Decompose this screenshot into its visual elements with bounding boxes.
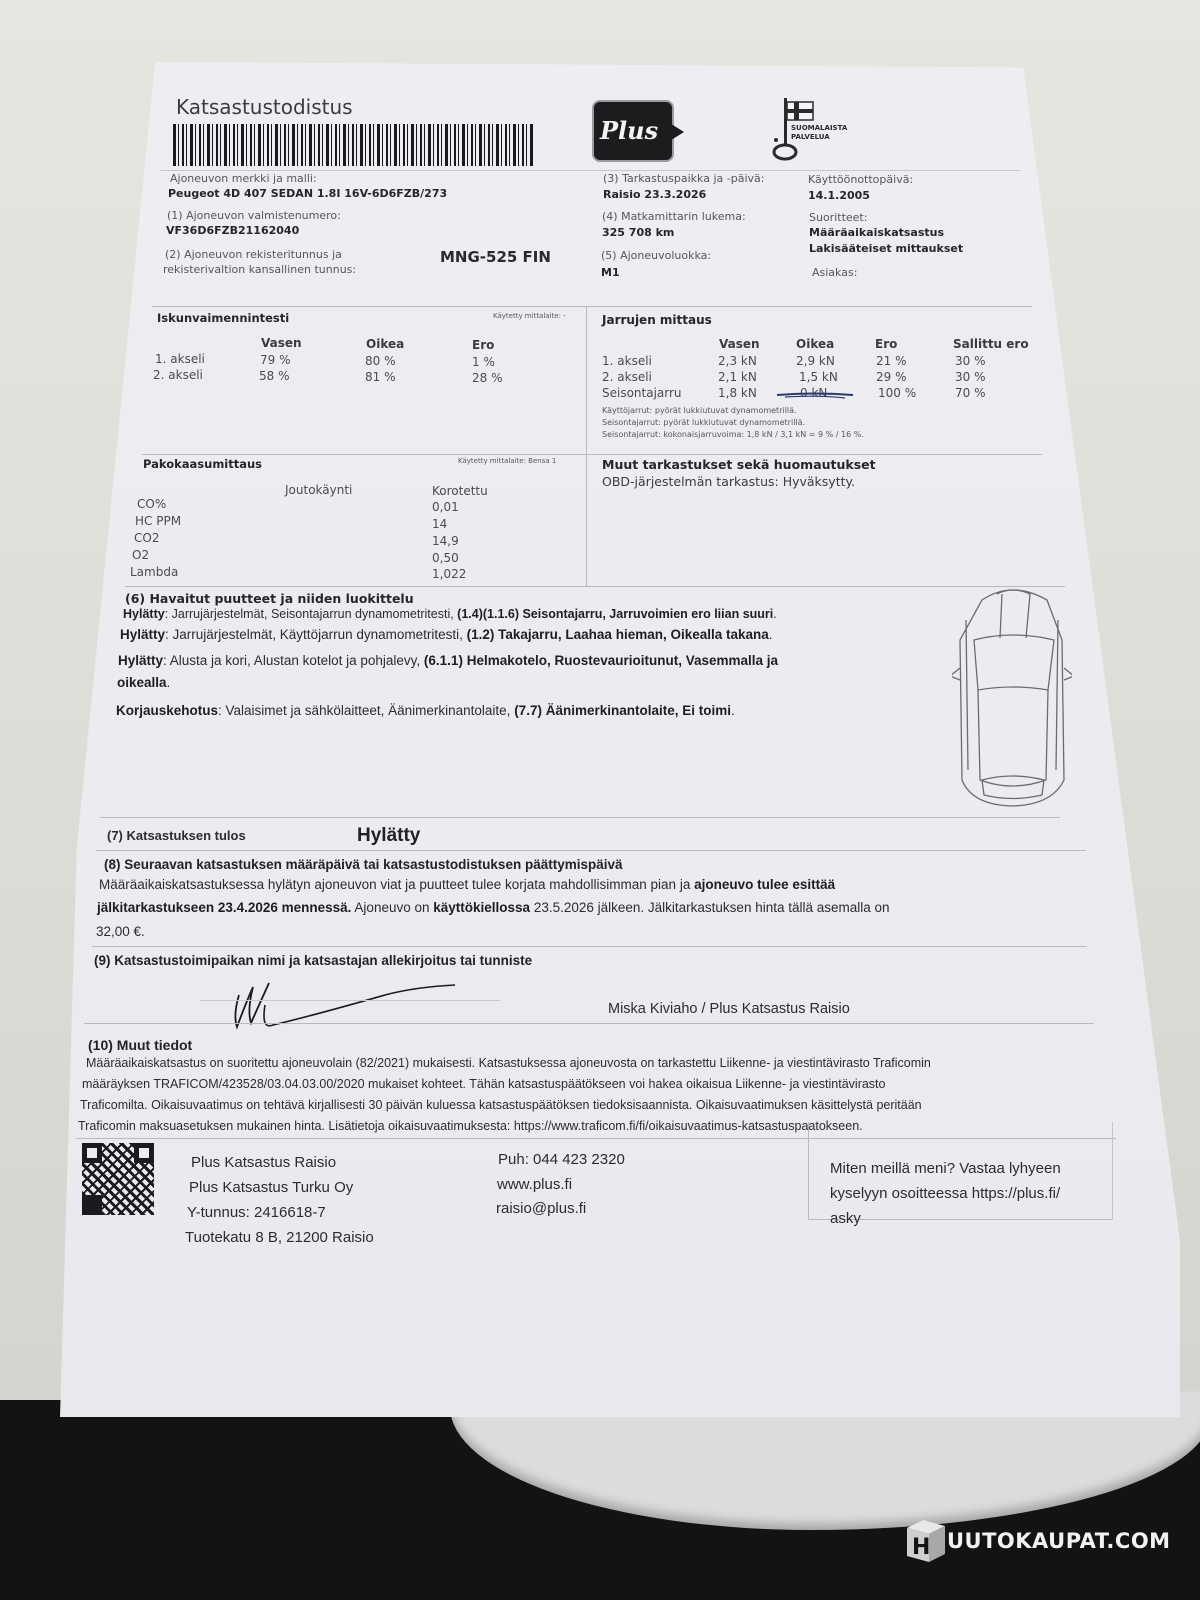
defect-item: Hylätty: Jarrujärjestelmät, Seisontajarr…: [123, 607, 777, 621]
table-cell: 1,5 kN: [799, 370, 838, 384]
vin-label: (1) Ajoneuvon valmistenumero:: [167, 209, 341, 222]
footer-phone[interactable]: Puh: 044 423 2320: [498, 1151, 625, 1168]
other-info-line: Määräaikaiskatsastus on suoritettu ajone…: [86, 1056, 931, 1070]
table-cell: 28 %: [472, 371, 503, 385]
plus-logo: Plus: [592, 100, 674, 162]
table-cell: 79 %: [260, 353, 291, 367]
watermark-text: UUTOKAUPAT.COM: [947, 1529, 1171, 1553]
inspection-certificate: Katsastustodistus Plus SUOMALAISTA PALVE…: [0, 0, 1200, 1600]
table-cell: 80 %: [365, 354, 396, 368]
col-header-diff: Ero: [875, 337, 897, 351]
performed-label: Suoritteet:: [809, 211, 867, 224]
defects-title: (6) Havaitut puutteet ja niiden luokitte…: [125, 591, 414, 606]
footer-email[interactable]: raisio@plus.fi: [496, 1200, 586, 1217]
defect-item: Korjauskehotus: Valaisimet ja sähkölaitt…: [116, 703, 735, 718]
other-checks-text: OBD-järjestelmän tarkastus: Hyväksytty.: [602, 474, 855, 489]
performed-value-2: Lakisääteiset mittaukset: [809, 242, 963, 255]
pen-underline-mark: [775, 392, 855, 400]
table-cell: 1 %: [472, 355, 495, 369]
odometer-label: (4) Matkamittarin lukema:: [602, 210, 746, 223]
col-header-left: Vasen: [261, 336, 302, 350]
table-cell: 70 %: [955, 386, 986, 400]
col-header-allowed: Sallittu ero: [953, 337, 1029, 351]
table-cell: 30 %: [955, 370, 986, 384]
next-inspection-text: Määräaikaiskatsastuksessa hylätyn ajoneu…: [99, 877, 835, 892]
table-cell: 100 %: [878, 386, 916, 400]
table-cell: 81 %: [365, 370, 396, 384]
result-value: Hylätty: [357, 825, 420, 847]
footer-company-line: Plus Katsastus Turku Oy: [189, 1179, 353, 1196]
table-cell: 1,022: [432, 567, 466, 581]
svg-text:H: H: [912, 1535, 930, 1560]
registration-label-2: rekisterivaltion kansallinen tunnus:: [163, 263, 356, 276]
svg-text:PALVELUA: PALVELUA: [791, 133, 830, 141]
table-cell: 0,01: [432, 500, 459, 514]
next-inspection-title: (8) Seuraavan katsastuksen määräpäivä ta…: [104, 857, 623, 872]
car-top-view-icon: [952, 580, 1072, 810]
vin-value: VF36D6FZB21162040: [166, 224, 299, 237]
signature-title: (9) Katsastustoimipaikan nimi ja katsast…: [94, 953, 532, 968]
col-header-right: Oikea: [796, 337, 834, 351]
survey-text-line[interactable]: kyselyyn osoitteessa https://plus.fi/: [830, 1185, 1060, 1202]
make-model-label: Ajoneuvon merkki ja malli:: [170, 172, 317, 185]
col-header-raised: Korotettu: [432, 484, 488, 498]
barcode: [173, 124, 533, 166]
registration-label-1: (2) Ajoneuvon rekisteritunnus ja: [165, 248, 342, 261]
defect-item: Hylätty: Alusta ja kori, Alustan kotelot…: [118, 653, 778, 668]
table-cell: Lambda: [130, 565, 178, 579]
survey-text-line[interactable]: asky: [830, 1210, 861, 1227]
table-cell: 2,9 kN: [796, 354, 835, 368]
footer-website[interactable]: www.plus.fi: [497, 1176, 572, 1193]
table-cell: 2. akseli: [153, 368, 203, 382]
table-cell: 1. akseli: [602, 354, 652, 368]
inspector-signature: [225, 975, 475, 1035]
table-cell: 58 %: [259, 369, 290, 383]
table-cell: CO2: [134, 531, 159, 545]
defect-item-continuation: oikealla.: [117, 675, 170, 690]
shock-test-device: Käytetty mittalaite: -: [493, 312, 566, 320]
brake-test-title: Jarrujen mittaus: [602, 313, 712, 327]
vehicle-class-value: M1: [601, 266, 620, 279]
col-header-left: Vasen: [719, 337, 760, 351]
next-inspection-text: jälkitarkastukseen 23.4.2026 mennessä. A…: [97, 900, 890, 915]
table-cell: 21 %: [876, 354, 907, 368]
table-cell: 2,3 kN: [718, 354, 757, 368]
col-header-right: Oikea: [366, 337, 404, 351]
document-title: Katsastustodistus: [176, 95, 353, 119]
other-info-line: määräyksen TRAFICOM/423528/03.04.03.00/2…: [82, 1077, 885, 1091]
place-date-value: Raisio 23.3.2026: [603, 188, 706, 201]
odometer-value: 325 708 km: [602, 226, 674, 239]
table-cell: 14,9: [432, 534, 459, 548]
emission-test-title: Pakokaasumittaus: [143, 457, 262, 471]
reinspection-price: 32,00 €.: [96, 924, 145, 939]
other-checks-title: Muut tarkastukset sekä huomautukset: [602, 457, 876, 472]
qr-code-icon: [82, 1143, 154, 1215]
table-cell: 14: [432, 517, 447, 531]
inspector-name: Miska Kiviaho / Plus Katsastus Raisio: [608, 1001, 850, 1017]
col-header-idle: Joutokäynti: [285, 483, 352, 497]
make-model-value: Peugeot 4D 407 SEDAN 1.8I 16V-6D6FZB/273: [168, 187, 447, 200]
table-cell: Seisontajarru: [602, 386, 682, 400]
table-cell: 0,50: [432, 551, 459, 565]
other-info-line: Traficomilta. Oikaisuvaatimus on tehtävä…: [80, 1098, 922, 1112]
brake-note: Käyttöjarrut: pyörät lukkiutuvat dynamom…: [602, 406, 797, 415]
table-cell: 30 %: [955, 354, 986, 368]
brake-note: Seisontajarrut: kokonaisjarruvoima: 1,8 …: [602, 430, 864, 439]
table-cell: 2,1 kN: [718, 370, 757, 384]
footer-company-line: Y-tunnus: 2416618-7: [187, 1204, 326, 1221]
table-cell: CO%: [137, 497, 166, 511]
plus-logo-tail: [668, 122, 684, 142]
performed-value-1: Määräaikaiskatsastus: [809, 226, 944, 239]
first-use-label: Käyttöönottopäivä:: [808, 173, 913, 186]
brake-note: Seisontajarrut: pyörät lukkiutuvat dynam…: [602, 418, 805, 427]
other-info-title: (10) Muut tiedot: [88, 1037, 192, 1053]
registration-value: MNG-525 FIN: [440, 248, 551, 266]
table-cell: 1,8 kN: [718, 386, 757, 400]
table-cell: 29 %: [876, 370, 907, 384]
table-cell: 2. akseli: [602, 370, 652, 384]
survey-text-line: Miten meillä meni? Vastaa lyhyeen: [830, 1160, 1061, 1177]
footer-company-line: Tuotekatu 8 B, 21200 Raisio: [185, 1229, 374, 1246]
shock-test-title: Iskunvaimennintesti: [157, 311, 289, 325]
vehicle-class-label: (5) Ajoneuvoluokka:: [601, 249, 711, 262]
col-header-diff: Ero: [472, 338, 494, 352]
emission-test-device: Käytetty mittalaite: Bensa 1: [458, 457, 556, 465]
key-flag-icon: SUOMALAISTA PALVELUA: [770, 96, 860, 166]
table-cell: 1. akseli: [155, 352, 205, 366]
result-label: (7) Katsastuksen tulos: [107, 828, 246, 843]
first-use-value: 14.1.2005: [808, 189, 870, 202]
other-info-line: Traficomin maksuasetuksen mukainen hinta…: [78, 1119, 863, 1133]
table-cell: O2: [132, 548, 149, 562]
watermark: H UUTOKAUPAT.COM: [905, 1518, 1171, 1564]
defect-item: Hylätty: Jarrujärjestelmät, Käyttöjarrun…: [120, 627, 773, 642]
place-date-label: (3) Tarkastuspaikka ja -päivä:: [603, 172, 764, 185]
table-cell: HC PPM: [135, 514, 181, 528]
footer-company-line: Plus Katsastus Raisio: [191, 1154, 336, 1171]
svg-text:SUOMALAISTA: SUOMALAISTA: [791, 124, 848, 132]
customer-label: Asiakas:: [812, 266, 857, 279]
cube-logo-icon: H: [905, 1518, 947, 1564]
